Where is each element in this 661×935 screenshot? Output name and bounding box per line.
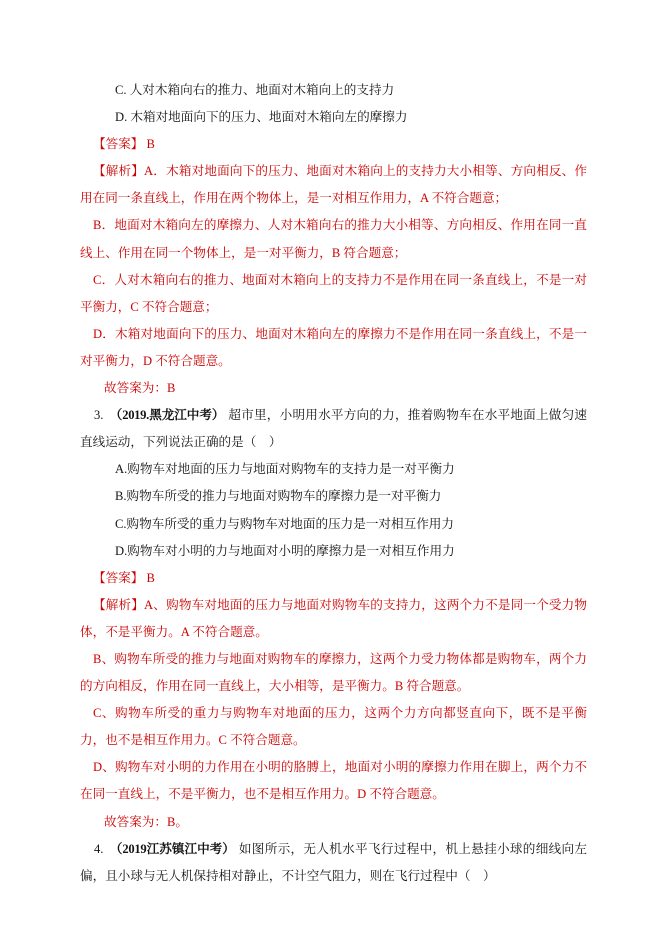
option-line-d: D. 木箱对地面向下的压力、地面对木箱向左的摩擦力 xyxy=(80,104,587,131)
solution-paragraph-a: 【解析】A．木箱对地面向下的压力、地面对木箱向上的支持力大小相等、方向相反、作用… xyxy=(80,158,587,212)
option-line-a: A.购物车对地面的压力与地面对购物车的支持力是一对平衡力 xyxy=(80,456,587,483)
question-source-bold: （2019.黑龙江中考） xyxy=(109,408,224,422)
option-line-c2: C.购物车所受的重力与购物车对地面的压力是一对相互作用力 xyxy=(80,511,587,538)
conclusion-line: 故答案为：B xyxy=(80,375,587,402)
solution-paragraph-c: C．人对木箱向右的推力、地面对木箱向上的支持力不是作用在同一条直线上，不是一对平… xyxy=(80,267,587,321)
question-stem-3: 3.（2019.黑龙江中考）超市里，小明用水平方向的力，推着购物车在水平地面上做… xyxy=(80,402,587,456)
question-number: 4. xyxy=(94,842,103,856)
question-number: 3. xyxy=(94,408,103,422)
solution-paragraph-d2: D、购物车对小明的力作用在小明的胳膊上，地面对小明的摩擦力作用在脚上，两个力不在… xyxy=(80,754,587,808)
question-source-bold: （2019江苏镇江中考） xyxy=(109,842,234,856)
answer-line-2: 【答案】 B xyxy=(80,565,587,592)
option-line-b: B.购物车所受的推力与地面对购物车的摩擦力是一对平衡力 xyxy=(80,483,587,510)
solution-paragraph-d: D．木箱对地面向下的压力、地面对木箱向左的摩擦力不是作用在同一条直线上，不是一对… xyxy=(80,321,587,375)
solution-paragraph-b: B．地面对木箱向左的摩擦力、人对木箱向右的推力大小相等、方向相反、作用在同一直线… xyxy=(80,212,587,266)
answer-line: 【答案】 B xyxy=(80,131,587,158)
option-line-d2: D.购物车对小明的力与地面对小明的摩擦力是一对相互作用力 xyxy=(80,538,587,565)
solution-paragraph-a2: 【解析】A、购物车对地面的压力与地面对购物车的支持力，这两个力不是同一个受力物体… xyxy=(80,592,587,646)
conclusion-line-2: 故答案为：B。 xyxy=(80,809,587,836)
solution-paragraph-c2: C、购物车所受的重力与购物车对地面的压力，这两个力方向都竖直向下，既不是平衡力，… xyxy=(80,700,587,754)
solution-paragraph-b2: B、购物车所受的推力与地面对购物车的摩擦力，这两个力受力物体都是购物车，两个力的… xyxy=(80,646,587,700)
option-line-c: C. 人对木箱向右的推力、地面对木箱向上的支持力 xyxy=(80,77,587,104)
document-text-block: C. 人对木箱向右的推力、地面对木箱向上的支持力 D. 木箱对地面向下的压力、地… xyxy=(80,77,587,890)
question-stem-4: 4.（2019江苏镇江中考）如图所示，无人机水平飞行过程中，机上悬挂小球的细线向… xyxy=(80,836,587,890)
document-page: C. 人对木箱向右的推力、地面对木箱向上的支持力 D. 木箱对地面向下的压力、地… xyxy=(0,0,661,935)
